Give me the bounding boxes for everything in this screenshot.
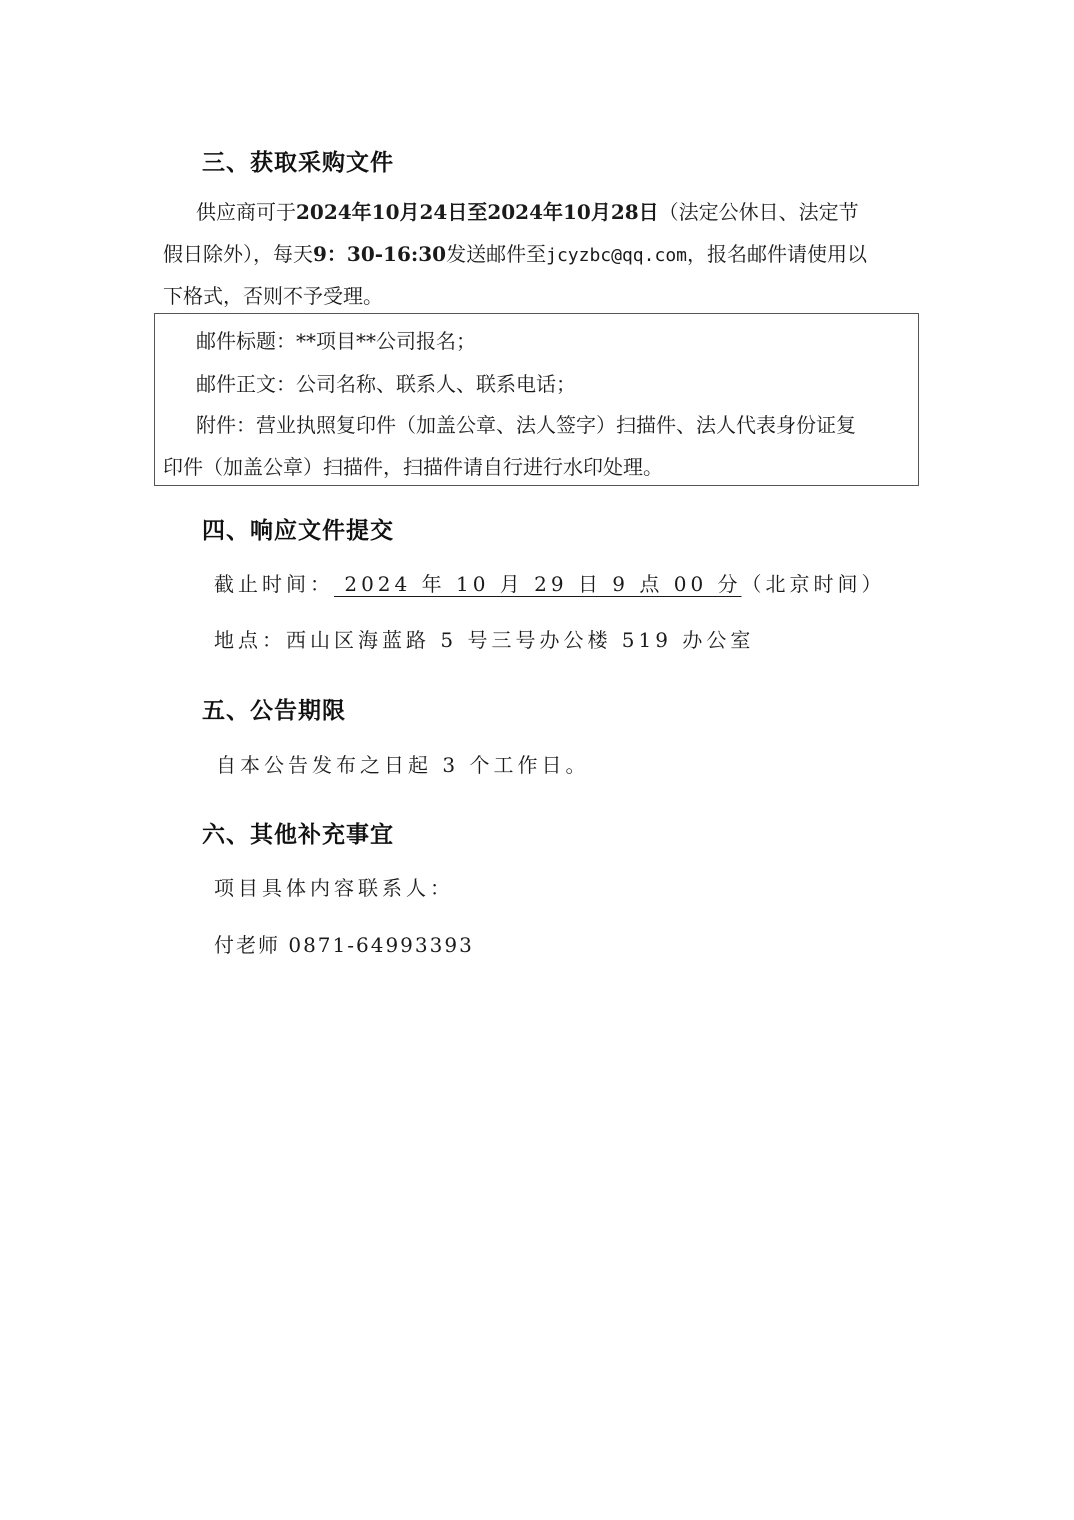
line-suffix: ，报名邮件请使用以 — [687, 242, 867, 266]
deadline-value: 2024 年 10 月 29 日 9 点 00 分 — [334, 572, 742, 596]
registration-date-range: 2024年10月24日至2024年10月28日 — [296, 200, 659, 224]
section-4-heading: 四、响应文件提交 — [202, 512, 394, 545]
line-prefix: 假日除外），每天 — [163, 242, 313, 266]
line-mid: 发送邮件至 — [446, 242, 546, 266]
email-format-subject: 邮件标题：**项目**公司报名； — [196, 325, 476, 354]
deadline-label: 截止时间： — [214, 572, 334, 596]
daily-time-window: 9：30-16:30 — [313, 242, 446, 266]
email-format-attachment-line-2: 印件（加盖公章）扫描件，扫描件请自行进行水印处理。 — [163, 451, 663, 480]
section-3-heading: 三、获取采购文件 — [202, 144, 394, 177]
contact-person-phone: 付老师 0871-64993393 — [214, 929, 474, 958]
section-5-heading: 五、公告期限 — [202, 692, 346, 725]
deadline-line: 截止时间： 2024 年 10 月 29 日 9 点 00 分（北京时间） — [214, 568, 886, 597]
section-3-paragraph-line-2: 假日除外），每天9：30-16:30发送邮件至jcyzbc@qq.com，报名邮… — [163, 238, 867, 267]
line-prefix: 供应商可于 — [196, 200, 296, 224]
section-3-paragraph-line-1: 供应商可于2024年10月24日至2024年10月28日（法定公休日、法定节 — [196, 196, 859, 225]
announcement-period-text: 自本公告发布之日起 3 个工作日。 — [216, 749, 589, 778]
contact-email: jcyzbc@qq.com — [546, 245, 687, 266]
section-3-paragraph-line-3: 下格式，否则不予受理。 — [163, 280, 383, 309]
submission-location: 地点：西山区海蓝路 5 号三号办公楼 519 办公室 — [214, 624, 754, 653]
line-suffix: （法定公休日、法定节 — [659, 200, 859, 224]
email-format-attachment-line-1: 附件：营业执照复印件（加盖公章、法人签字）扫描件、法人代表身份证复 — [196, 409, 856, 438]
deadline-timezone: （北京时间） — [742, 572, 886, 596]
contact-label: 项目具体内容联系人： — [214, 872, 454, 901]
email-format-body: 邮件正文：公司名称、联系人、联系电话； — [196, 368, 576, 397]
section-6-heading: 六、其他补充事宜 — [202, 816, 394, 849]
